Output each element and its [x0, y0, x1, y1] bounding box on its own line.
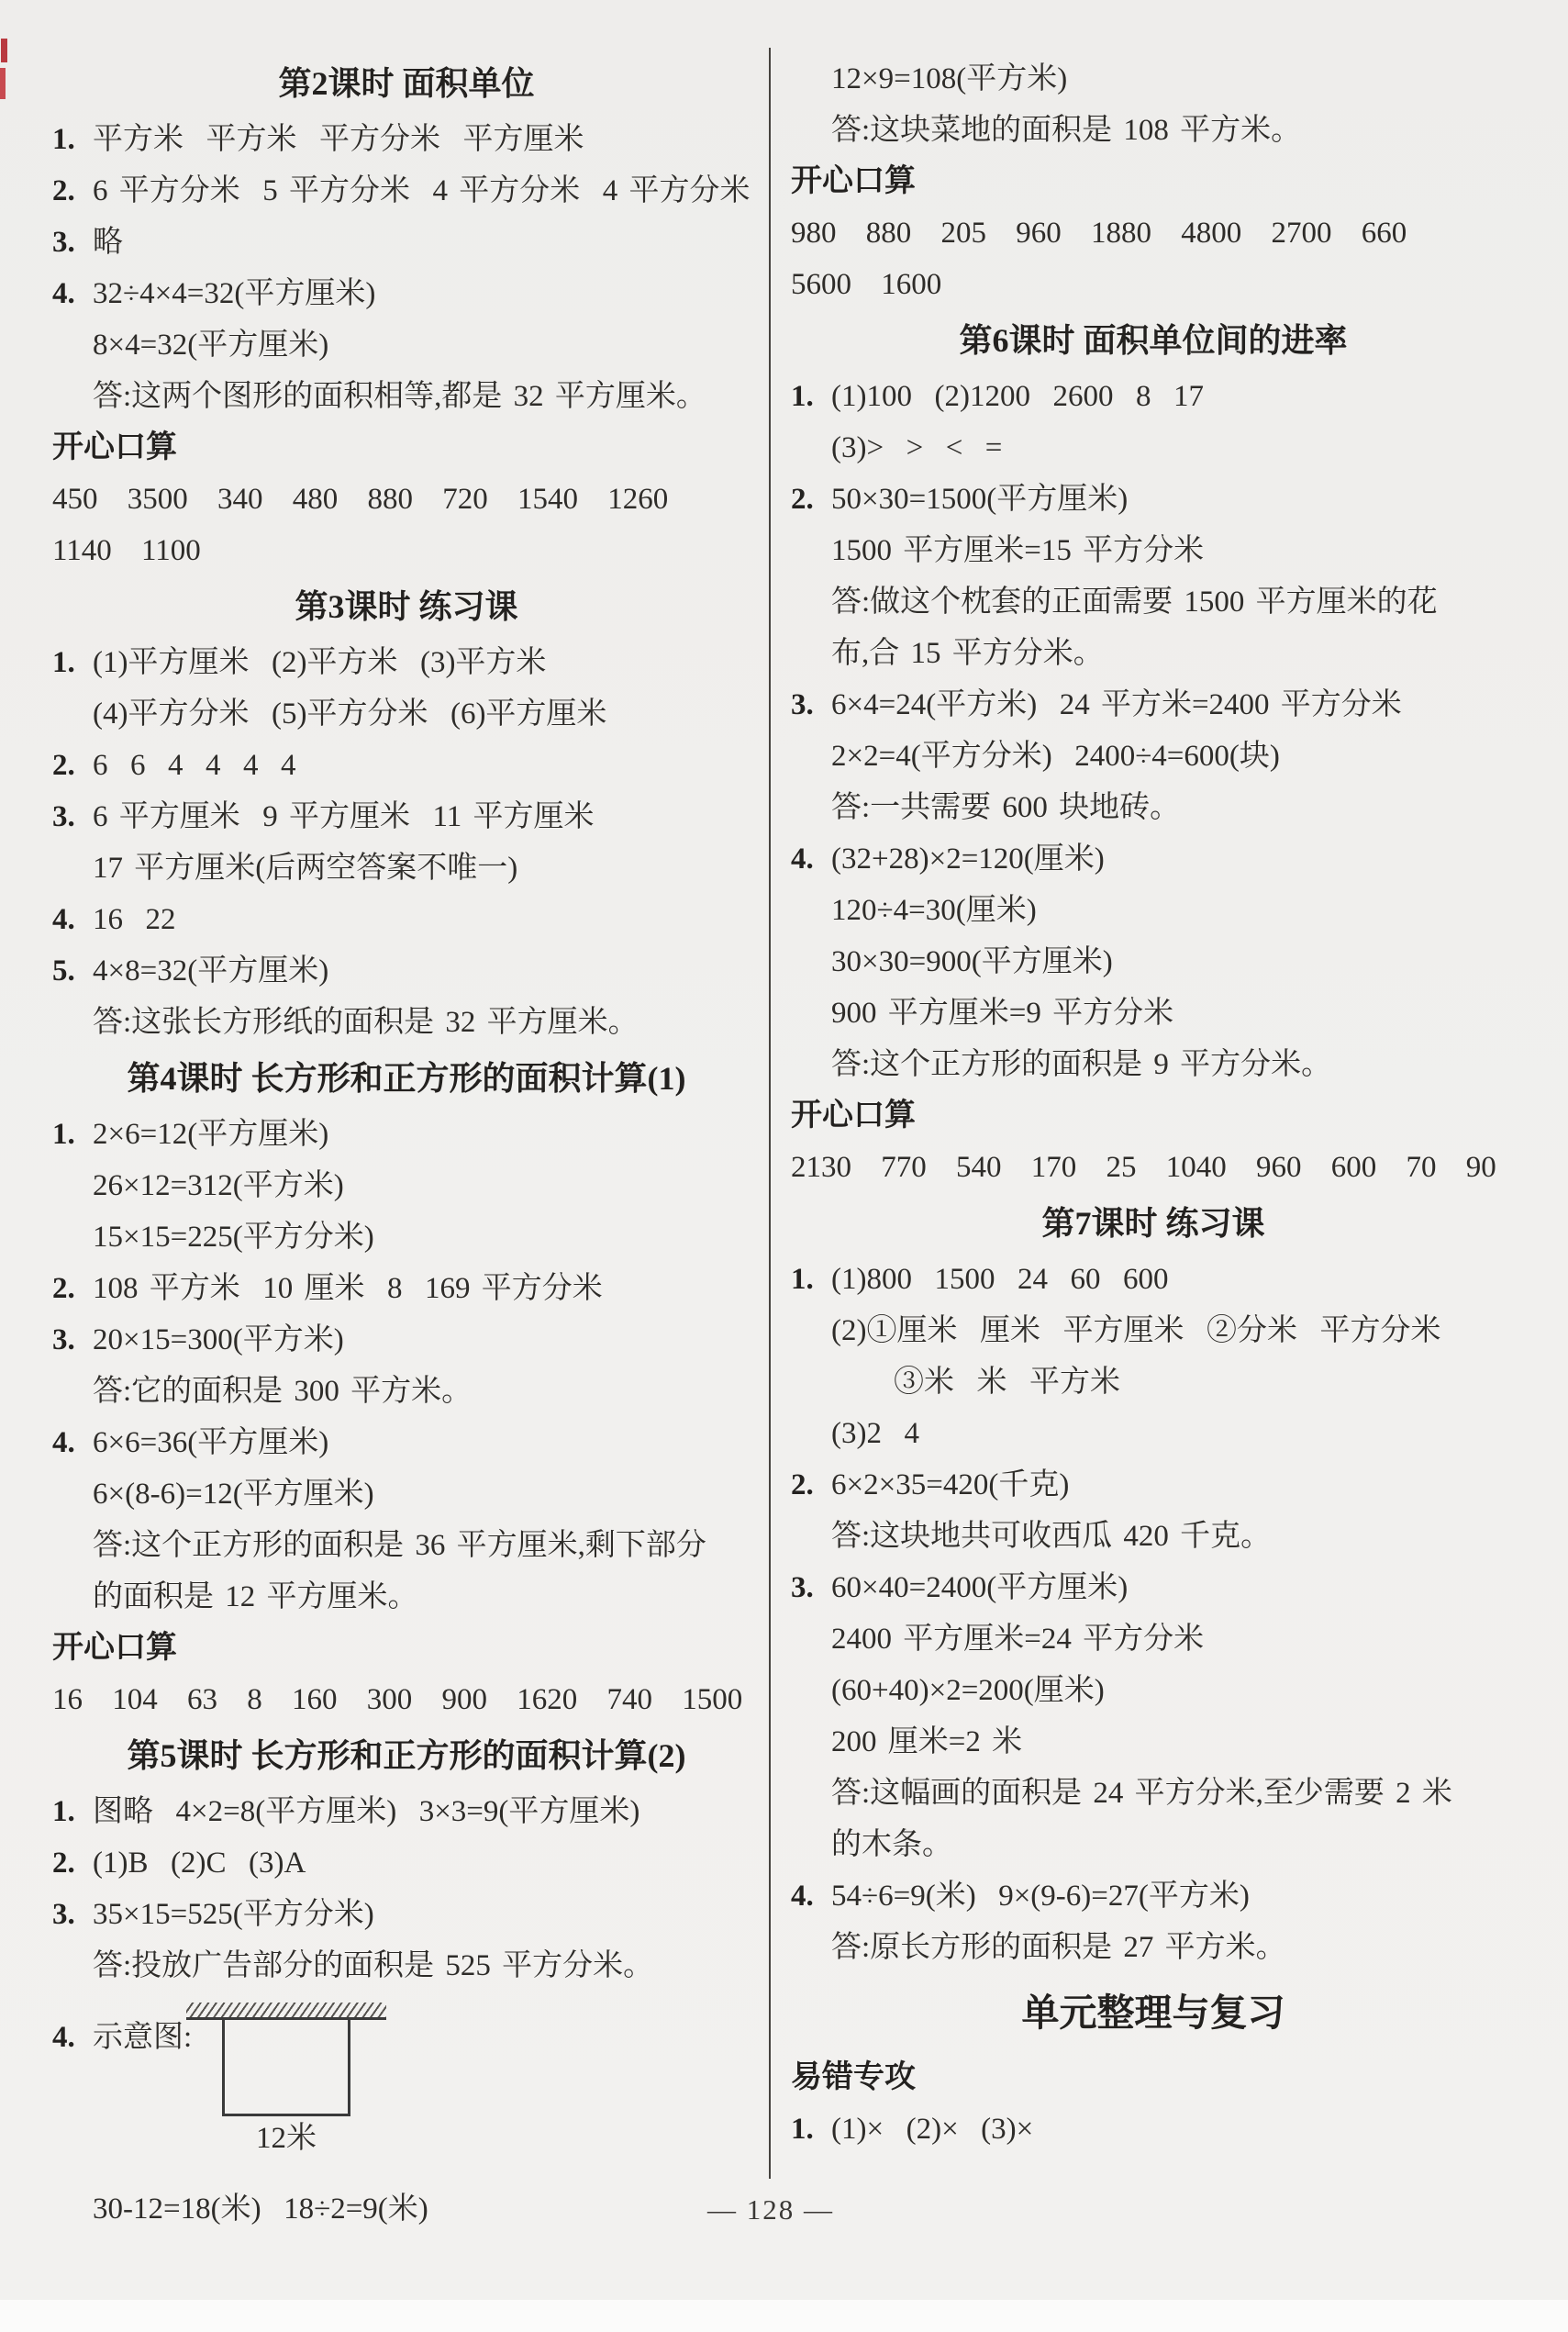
- answer-text: 50×30=1500(平方厘米): [831, 474, 1516, 525]
- answer-text: 6×6=36(平方厘米): [93, 1417, 761, 1468]
- subsection-title: 易错专攻: [791, 2052, 1516, 2103]
- answer-item: 2.6×2×35=420(千克): [791, 1459, 1516, 1511]
- answer-item: 3.60×40=2400(平方厘米): [791, 1562, 1516, 1613]
- red-scan-mark: [1, 39, 7, 62]
- answer-item: 2.108 平方米 10 厘米 8 169 平方分米: [52, 1263, 761, 1314]
- answer-line: 2×2=4(平方分米) 2400÷4=600(块): [791, 731, 1516, 782]
- answer-text: 108 平方米 10 厘米 8 169 平方分米: [93, 1263, 761, 1314]
- number-row: 1140 1100: [52, 525, 761, 576]
- answer-text: 20×15=300(平方米): [93, 1314, 761, 1366]
- answer-line: ③米 米 平方米: [791, 1356, 1516, 1408]
- answer-line: 120÷4=30(厘米): [791, 885, 1516, 936]
- number-row: 2130 770 540 170 25 1040 960 600 70 90: [791, 1142, 1516, 1193]
- workbook-page: { "document": { "footer": "— 128 —", "le…: [0, 0, 1568, 2332]
- answer-item: 5.4×8=32(平方厘米): [52, 945, 761, 997]
- item-number: 4.: [52, 268, 93, 319]
- item-number: 4.: [52, 894, 93, 945]
- answer-item: 2.50×30=1500(平方厘米): [791, 474, 1516, 525]
- answer-item: 4.16 22: [52, 894, 761, 945]
- item-number: 3.: [52, 791, 93, 842]
- answer-text: (1)800 1500 24 60 600: [831, 1254, 1516, 1305]
- answer-line: 答:这张长方形纸的面积是 32 平方厘米。: [52, 997, 761, 1048]
- answer-item: 2.6 平方分米 5 平方分米 4 平方分米 4 平方分米: [52, 165, 761, 217]
- answer-text: 6 平方厘米 9 平方厘米 11 平方厘米: [93, 791, 761, 842]
- answer-line: 答:这两个图形的面积相等,都是 32 平方厘米。: [52, 371, 761, 422]
- item-number: 1.: [52, 114, 93, 165]
- answer-text: 6×2×35=420(千克): [831, 1459, 1516, 1511]
- item-number: 1.: [52, 637, 93, 688]
- answer-item: 3.35×15=525(平方分米): [52, 1889, 761, 1940]
- item-number: 2.: [791, 1459, 831, 1511]
- rectangle-figure: 12米: [186, 2003, 386, 2160]
- answer-item: 4.32÷4×4=32(平方厘米): [52, 268, 761, 319]
- answer-text: (32+28)×2=120(厘米): [831, 833, 1516, 885]
- answer-item: 1.2×6=12(平方厘米): [52, 1109, 761, 1160]
- dimension-label: 12米: [186, 2116, 386, 2160]
- section-header: 单元整理与复习: [791, 1973, 1516, 2052]
- answer-line: 的面积是 12 平方厘米。: [52, 1571, 761, 1623]
- answer-text: 35×15=525(平方分米): [93, 1889, 761, 1940]
- answer-text: (1)100 (2)1200 2600 8 17: [831, 371, 1516, 422]
- item-number: 3.: [791, 1562, 831, 1613]
- item-number: 2.: [52, 1263, 93, 1314]
- answer-line: (4)平方分米 (5)平方分米 (6)平方厘米: [52, 688, 761, 740]
- answer-line: 15×15=225(平方分米): [52, 1211, 761, 1263]
- answer-item: 1.(1)800 1500 24 60 600: [791, 1254, 1516, 1305]
- answer-line: (2)①厘米 厘米 平方厘米 ②分米 平方分米: [791, 1305, 1516, 1356]
- number-row: 5600 1600: [791, 259, 1516, 310]
- answer-line: (3)2 4: [791, 1408, 1516, 1459]
- right-column: 12×9=108(平方米)答:这块菜地的面积是 108 平方米。开心口算980 …: [791, 53, 1516, 2155]
- answer-line: 26×12=312(平方米): [52, 1160, 761, 1211]
- answer-text: 图略 4×2=8(平方厘米) 3×3=9(平方厘米): [93, 1786, 761, 1837]
- number-row: 16 104 63 8 160 300 900 1620 740 1500: [52, 1674, 761, 1725]
- answer-text: (1)× (2)× (3)×: [831, 2103, 1516, 2155]
- item-number: 3.: [52, 1889, 93, 1940]
- section-header: 第5课时 长方形和正方形的面积计算(2): [52, 1725, 761, 1786]
- item-number: 3.: [791, 679, 831, 731]
- answer-line: 答:它的面积是 300 平方米。: [52, 1366, 761, 1417]
- answer-item: 4.(32+28)×2=120(厘米): [791, 833, 1516, 885]
- answer-line: 30×30=900(平方厘米): [791, 936, 1516, 987]
- answer-line: (3)> > < =: [791, 422, 1516, 474]
- item-number: 4.: [52, 2019, 75, 2056]
- item-number: 1.: [52, 1786, 93, 1837]
- answer-line: 的木条。: [791, 1819, 1516, 1870]
- subsection-title: 开心口算: [791, 156, 1516, 207]
- answer-item: 1.(1)平方厘米 (2)平方米 (3)平方米: [52, 637, 761, 688]
- item-number: 4.: [791, 1870, 831, 1922]
- answer-line: 1500 平方厘米=15 平方分米: [791, 525, 1516, 576]
- item-number: 3.: [52, 1314, 93, 1366]
- answer-text: (1)B (2)C (3)A: [93, 1837, 761, 1889]
- answer-text: 54÷6=9(米) 9×(9-6)=27(平方米): [831, 1870, 1516, 1922]
- item-number: 2.: [52, 1837, 93, 1889]
- answer-text: 6 平方分米 5 平方分米 4 平方分米 4 平方分米: [93, 165, 761, 217]
- answer-line: 答:这幅画的面积是 24 平方分米,至少需要 2 米: [791, 1768, 1516, 1819]
- answer-item: 3.略: [52, 217, 761, 268]
- answer-text: (1)平方厘米 (2)平方米 (3)平方米: [93, 637, 761, 688]
- answer-item: 2.(1)B (2)C (3)A: [52, 1837, 761, 1889]
- hatched-wall-icon: [186, 2003, 386, 2020]
- answer-item: 1.平方米 平方米 平方分米 平方厘米: [52, 114, 761, 165]
- answer-item: 3.6×4=24(平方米) 24 平方米=2400 平方分米: [791, 679, 1516, 731]
- subsection-title: 开心口算: [52, 422, 761, 474]
- rectangle-shape: [222, 2020, 350, 2116]
- answer-line: 8×4=32(平方厘米): [52, 319, 761, 371]
- answer-line: 答:这个正方形的面积是 9 平方分米。: [791, 1039, 1516, 1090]
- section-header: 第6课时 面积单位间的进率: [791, 310, 1516, 371]
- answer-line: 答:一共需要 600 块地砖。: [791, 782, 1516, 833]
- number-row: 980 880 205 960 1880 4800 2700 660: [791, 207, 1516, 259]
- answer-text: 略: [93, 217, 761, 268]
- item-number: 3.: [52, 217, 93, 268]
- answer-text: 平方米 平方米 平方分米 平方厘米: [93, 114, 761, 165]
- answer-text: 16 22: [93, 894, 761, 945]
- answer-line: 900 平方厘米=9 平方分米: [791, 987, 1516, 1039]
- answer-item: 1.(1)× (2)× (3)×: [791, 2103, 1516, 2155]
- answer-text: 6×4=24(平方米) 24 平方米=2400 平方分米: [831, 679, 1516, 731]
- subsection-title: 开心口算: [791, 1090, 1516, 1142]
- answer-text: 4×8=32(平方厘米): [93, 945, 761, 997]
- answer-item: 3.20×15=300(平方米): [52, 1314, 761, 1366]
- answer-item: 2.6 6 4 4 4 4: [52, 740, 761, 791]
- answer-line: 答:做这个枕套的正面需要 1500 平方厘米的花: [791, 576, 1516, 628]
- answer-line: 答:这块地共可收西瓜 420 千克。: [791, 1511, 1516, 1562]
- column-divider: [769, 48, 771, 2179]
- section-header: 第7课时 练习课: [791, 1193, 1516, 1254]
- scan-edge: [0, 2300, 1568, 2332]
- answer-line: 200 厘米=2 米: [791, 1716, 1516, 1768]
- left-column: 第2课时 面积单位1.平方米 平方米 平方分米 平方厘米2.6 平方分米 5 平…: [52, 53, 761, 2235]
- answer-text: 60×40=2400(平方厘米): [831, 1562, 1516, 1613]
- answer-line: 答:投放广告部分的面积是 525 平方分米。: [52, 1940, 761, 1992]
- item-number: 1.: [52, 1109, 93, 1160]
- item-number: 2.: [791, 474, 831, 525]
- answer-line: (60+40)×2=200(厘米): [791, 1665, 1516, 1716]
- answer-item: 4.54÷6=9(米) 9×(9-6)=27(平方米): [791, 1870, 1516, 1922]
- item-number: 1.: [791, 371, 831, 422]
- item-number: 5.: [52, 945, 93, 997]
- item-number: 2.: [52, 740, 93, 791]
- item-number: 1.: [791, 1254, 831, 1305]
- item-number: 4.: [791, 833, 831, 885]
- answer-text: 2×6=12(平方厘米): [93, 1109, 761, 1160]
- red-scan-mark: [0, 68, 6, 99]
- item-number: 4.: [52, 1417, 93, 1468]
- answer-item: 1.图略 4×2=8(平方厘米) 3×3=9(平方厘米): [52, 1786, 761, 1837]
- answer-line: 2400 平方厘米=24 平方分米: [791, 1613, 1516, 1665]
- answer-text: 6 6 4 4 4 4: [93, 740, 761, 791]
- answer-line: 答:这个正方形的面积是 36 平方厘米,剩下部分: [52, 1520, 761, 1571]
- answer-item: 4.6×6=36(平方厘米): [52, 1417, 761, 1468]
- subsection-title: 开心口算: [52, 1623, 761, 1674]
- number-row: 450 3500 340 480 880 720 1540 1260: [52, 474, 761, 525]
- section-header: 第3课时 练习课: [52, 576, 761, 637]
- section-header: 第4课时 长方形和正方形的面积计算(1): [52, 1048, 761, 1109]
- answer-item: 3.6 平方厘米 9 平方厘米 11 平方厘米: [52, 791, 761, 842]
- diagram-item: 4.示意图:12米: [52, 1995, 761, 2183]
- answer-text: 32÷4×4=32(平方厘米): [93, 268, 761, 319]
- answer-line: 12×9=108(平方米): [791, 53, 1516, 105]
- answer-line: 答:这块菜地的面积是 108 平方米。: [791, 105, 1516, 156]
- answer-line: 17 平方厘米(后两空答案不唯一): [52, 842, 761, 894]
- diagram-label: 示意图:: [93, 2019, 192, 2056]
- section-header: 第2课时 面积单位: [52, 53, 761, 114]
- answer-line: 布,合 15 平方分米。: [791, 628, 1516, 679]
- page-number: — 128 —: [0, 2193, 1541, 2226]
- answer-item: 1.(1)100 (2)1200 2600 8 17: [791, 371, 1516, 422]
- item-number: 1.: [791, 2103, 831, 2155]
- answer-line: 6×(8-6)=12(平方厘米): [52, 1468, 761, 1520]
- answer-line: 答:原长方形的面积是 27 平方米。: [791, 1922, 1516, 1973]
- item-number: 2.: [52, 165, 93, 217]
